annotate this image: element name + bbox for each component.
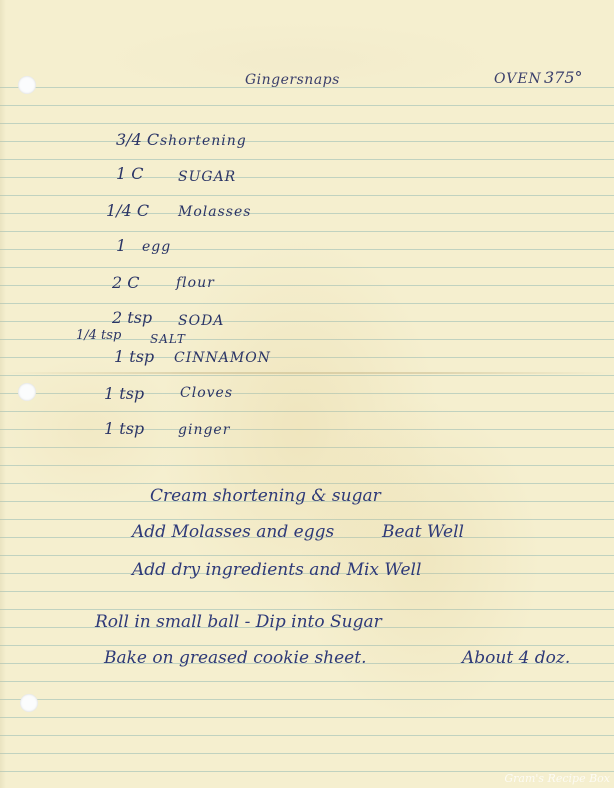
binder-hole-bottom bbox=[20, 694, 38, 712]
ingredient-qty: 1 tsp bbox=[104, 421, 144, 437]
ingredient-qty: 1/4 C bbox=[106, 203, 149, 219]
ingredient-name: flour bbox=[176, 276, 215, 290]
ingredient-qty: 1 C bbox=[116, 166, 144, 182]
ingredient-qty: 1/4 tsp bbox=[76, 329, 121, 342]
ingredient-name: shortening bbox=[160, 134, 247, 148]
instruction-line: Add dry ingredients and Mix Well bbox=[132, 562, 421, 579]
ingredient-name: CINNAMON bbox=[174, 351, 271, 365]
oven-label: OVEN bbox=[494, 72, 542, 86]
paper-fold-crease bbox=[0, 372, 614, 374]
ingredient-name: SUGAR bbox=[178, 170, 236, 184]
instruction-line: Add Molasses and eggs bbox=[132, 524, 334, 541]
ingredient-name: SALT bbox=[150, 333, 186, 345]
oven-temperature: 375° bbox=[544, 70, 583, 86]
ingredient-name: ginger bbox=[178, 423, 230, 437]
ingredient-qty: 2 tsp bbox=[112, 310, 152, 326]
paper-edge bbox=[0, 0, 6, 788]
ingredient-name: SODA bbox=[178, 314, 224, 328]
ingredient-qty: 1 bbox=[116, 238, 126, 254]
binder-hole-middle bbox=[18, 383, 36, 401]
instruction-line: Beat Well bbox=[382, 524, 464, 541]
ingredient-qty: 3/4 C bbox=[116, 132, 159, 148]
ingredient-name: Cloves bbox=[180, 386, 233, 400]
instruction-line: Roll in small ball - Dip into Sugar bbox=[95, 614, 382, 631]
ingredient-name: Molasses bbox=[178, 205, 251, 219]
watermark: Gram's Recipe Box bbox=[504, 772, 610, 785]
instruction-line: Cream shortening & sugar bbox=[150, 488, 381, 505]
ingredient-qty: 1 tsp bbox=[104, 386, 144, 402]
instruction-line: Bake on greased cookie sheet. bbox=[104, 650, 366, 667]
recipe-title: Gingersnaps bbox=[245, 73, 340, 87]
ingredient-qty: 1 tsp bbox=[114, 349, 154, 365]
ingredient-qty: 2 C bbox=[112, 275, 140, 291]
recipe-page: Gingersnaps OVEN 375° 3/4 C shortening 1… bbox=[0, 0, 614, 788]
ingredient-name: egg bbox=[142, 240, 171, 254]
binder-hole-top bbox=[18, 76, 36, 94]
instruction-line: About 4 doz. bbox=[462, 650, 570, 667]
